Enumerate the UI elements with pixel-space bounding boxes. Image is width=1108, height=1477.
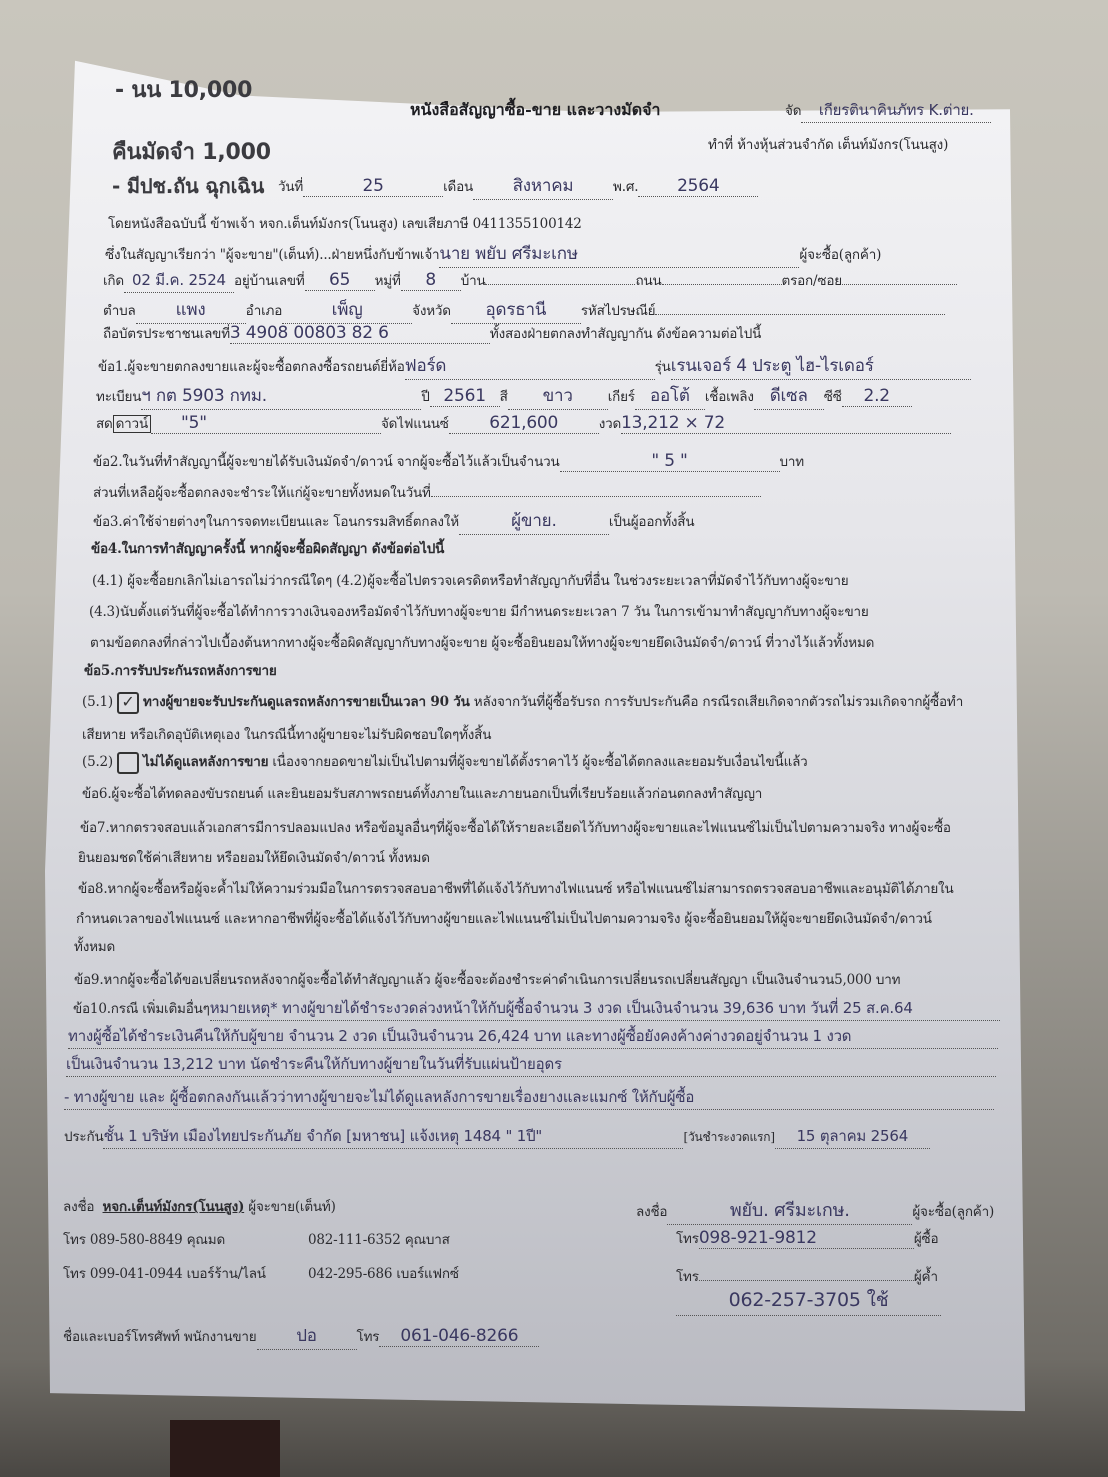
checkbox-5-1[interactable]: ✓: [117, 692, 139, 714]
first-payment-value: 15 ตุลาคม 2564: [775, 1124, 930, 1149]
house-label: อยู่บ้านเลขที่: [234, 273, 305, 289]
salesperson-phone-label: โทร: [357, 1329, 380, 1345]
clause5-2-bold: ไม่ได้ดูแลหลังการขาย: [143, 754, 268, 770]
insurance-label: ประกัน: [64, 1129, 103, 1145]
vehicle-year-value: 2561: [430, 386, 500, 407]
salesperson-label: ชื่อและเบอร์โทรศัพท์ พนักงานขาย: [63, 1329, 257, 1345]
extra-phone-row: 062-257-3705 ใช้: [676, 1285, 941, 1316]
contact-phone-2: 082-111-6352 คุณบาส: [308, 1232, 450, 1248]
address-row: เกิด02 มี.ค. 2524อยู่บ้านเลขที่65หมู่ที่…: [103, 266, 957, 293]
contact-row-2: โทร 099-041-0944 เบอร์ร้าน/ไลน์042-295-6…: [63, 1262, 459, 1284]
gear-label: เกียร์: [608, 389, 635, 405]
clause4-heading: ข้อ4.ในการทำสัญญาครั้งนี้ หากผู้จะซื้อผิ…: [91, 537, 444, 559]
plate-label: ทะเบียน: [96, 389, 141, 405]
clause5-heading: ข้อ5.การรับประกันรถหลังการขาย: [84, 659, 277, 681]
id-row: ถือบัตรประชาชนเลขที่3 4908 00803 82 6ทั้…: [103, 322, 761, 344]
clause7b: ยินยอมชดใช้ค่าเสียหาย หรือยอมให้ยึดเงินม…: [78, 846, 430, 868]
seller-text: ซึ่งในสัญญาเรียกว่า "ผู้จะขาย"(เต็นท์)..…: [105, 247, 439, 263]
cc-label: ซีซี: [824, 389, 842, 405]
contact-row-1: โทร 089-580-8849 คุณมด082-111-6352 คุณบา…: [63, 1228, 450, 1250]
moo-label: หมู่ที่: [375, 273, 401, 289]
province-value: อุดรธานี: [451, 296, 581, 324]
village-value: [485, 266, 635, 285]
district-value: เพ็ญ: [282, 296, 412, 324]
clause10-row: ข้อ10.กรณี เพิ่มเติมอื่นๆหมายเหตุ* ทางผู…: [73, 996, 1000, 1021]
gear-value: ออโต้: [635, 382, 705, 410]
insurance-row: ประกันชั้น 1 บริษัท เมืองไทยประกันภัย จำ…: [64, 1124, 930, 1149]
clause7a: ข้อ7.หากตรวจสอบแล้วเอกสารมีการปลอมแปลง ห…: [80, 816, 951, 838]
first-payment-label: [วันชำระงวดแรก]: [683, 1130, 774, 1144]
clause2b-row: ส่วนที่เหลือผู้จะซื้อตกลงจะชำระให้แก่ผู้…: [93, 478, 761, 503]
clause2-text: ข้อ2.ในวันที่ทำสัญญานี้ผู้จะขายได้รับเงิ…: [93, 454, 560, 470]
clause1-row: ข้อ1.ผู้จะขายตกลงขายและผู้จะซื้อตกลงซื้อ…: [98, 352, 971, 380]
clause2-row: ข้อ2.ในวันที่ทำสัญญานี้ผู้จะขายได้รับเงิ…: [93, 450, 804, 472]
checkbox-5-2[interactable]: [117, 752, 139, 774]
clause3-end: เป็นผู้ออกทั้งสิ้น: [609, 514, 694, 530]
finance-company-field: จัดเกียรตินาคินภัทร K.ต่าย.: [785, 98, 991, 123]
extra-phone: 062-257-3705 ใช้: [676, 1285, 941, 1316]
guarantor-phone-label: โทร: [676, 1269, 699, 1285]
baht-unit: บาท: [780, 454, 804, 470]
margin-note-1: - นน 10,000: [115, 72, 252, 107]
buyer-phone-label: โทร: [676, 1231, 699, 1247]
seller-sign-row: ลงชื่อ หจก.เต็นท์มังกร(โนนสูง) ผู้จะขาย(…: [63, 1195, 336, 1217]
clause1-label: ข้อ1.ผู้จะขายตกลงขายและผู้จะซื้อตกลงซื้อ…: [98, 359, 405, 375]
salesperson-phone: 061-046-8266: [379, 1326, 539, 1347]
month-label: เดือน: [443, 179, 473, 195]
clause8a: ข้อ8.หากผู้จะซื้อหรือผู้จะค้ำไม่ให้ความร…: [78, 877, 953, 899]
down-boxed-label: ดาวน์: [113, 415, 151, 433]
color-value: ขาว: [508, 382, 608, 410]
finance-amount-label: จัดไฟแนนซ์: [381, 416, 449, 432]
clause9: ข้อ9.หากผู้จะซื้อได้ขอเปลี่ยนรถหลังจากผู…: [74, 968, 900, 990]
birth-value: 02 มี.ค. 2524: [124, 268, 234, 293]
clause10-line-3-row: เป็นเงินจำนวน 13,212 บาท นัดชำระคืนให้กั…: [66, 1052, 996, 1077]
clause3-value: ผู้ขาย.: [459, 507, 609, 535]
remaining-date: [431, 478, 761, 497]
seller-role: ผู้จะขาย(เต็นท์): [248, 1199, 335, 1215]
clause10-label: ข้อ10.กรณี เพิ่มเติมอื่นๆ: [73, 1001, 210, 1017]
fuel-value: ดีเซล: [754, 382, 824, 410]
insurance-value: ชั้น 1 บริษัท เมืองไทยประกันภัย จำกัด [ม…: [103, 1124, 683, 1149]
buyer-row: ซึ่งในสัญญาเรียกว่า "ผู้จะขาย"(เต็นท์)..…: [105, 240, 881, 268]
clause10-line-1: หมายเหตุ* ทางผู้ขายได้ชำระงวดล่วงหน้าให้…: [210, 996, 1000, 1021]
installment-label: งวด: [599, 416, 621, 432]
plate-value: ฯ กต 5903 กทม.: [141, 382, 421, 410]
road-value: [662, 266, 782, 285]
clause5-1-bold: ทางผู้ขายจะรับประกันดูแลรถหลังการขายเป็น…: [143, 694, 470, 710]
clause2b-text: ส่วนที่เหลือผู้จะซื้อตกลงจะชำระให้แก่ผู้…: [93, 485, 431, 501]
village-label: บ้าน: [461, 273, 486, 289]
seller-name: หจก.เต็นท์มังกร(โนนสูง): [103, 1199, 245, 1215]
clause10-line-2: ทางผู้ซื้อได้ชำระเงินคืนให้กับผู้ขาย จำน…: [68, 1024, 998, 1049]
margin-note-3: - มีปช.ถัน ฉุกเฉิน: [112, 170, 264, 202]
district-label: อำเภอ: [246, 303, 283, 319]
clause4-4: ตามข้อตกลงที่กล่าวไปเบื้องต้นหากทางผู้จะ…: [90, 631, 874, 653]
day-label: วันที่: [278, 179, 303, 195]
clause10-line-4: - ทางผู้ขาย และ ผู้ซื้อตกลงกันแล้วว่าทาง…: [64, 1085, 994, 1110]
clause10-line-4-row: - ทางผู้ขาย และ ผู้ซื้อตกลงกันแล้วว่าทาง…: [64, 1085, 994, 1110]
buyer-phone: 098-921-9812: [699, 1228, 914, 1249]
deposit-amount: " 5 ": [560, 451, 780, 472]
id-label: ถือบัตรประชาชนเลขที่: [103, 326, 230, 342]
clause4-3: (4.3)นับตั้งแต่วันที่ผู้จะซื้อได้ทำการวา…: [89, 600, 869, 622]
postal-value: [655, 296, 945, 315]
document-title: หนังสือสัญญาซื้อ-ขาย และวางมัดจำ: [410, 98, 660, 123]
clause5-2-number: (5.2): [82, 754, 113, 770]
contact-phone-4: 042-295-686 เบอร์แฟกซ์: [308, 1266, 459, 1282]
buyer-name: นาย พยับ ศรีมะเกษ: [439, 240, 799, 268]
guarantor-phone: [699, 1262, 914, 1281]
contact-phone-3: โทร 099-041-0944 เบอร์ร้าน/ไลน์: [63, 1262, 308, 1284]
clause6: ข้อ6.ผู้จะซื้อได้ทดลองขับรถยนต์ และยินยอ…: [82, 782, 762, 804]
birth-label: เกิด: [103, 273, 124, 289]
finance-company-label: จัด: [785, 103, 801, 119]
cash-label: สด: [96, 416, 113, 432]
plate-row: ทะเบียนฯ กต 5903 กทม.ปี2561สีขาวเกียร์ออ…: [96, 382, 912, 410]
finance-company-value: เกียรตินาคินภัทร K.ต่าย.: [801, 98, 991, 123]
day-value: 25: [303, 176, 443, 197]
model-label: รุ่น: [655, 359, 671, 375]
payment-row: สดดาวน์"5"จัดไฟแนนซ์621,600งวด13,212 × 7…: [96, 412, 951, 434]
year-value: 2564: [638, 176, 758, 197]
location-row: ตำบลแพงอำเภอเพ็ญจังหวัดอุดรธานีรหัสไปรษณ…: [103, 296, 945, 324]
house-value: 65: [305, 270, 375, 291]
subdistrict-value: แพง: [136, 296, 246, 324]
clause10-line-2-row: ทางผู้ซื้อได้ชำระเงินคืนให้กับผู้ขาย จำน…: [68, 1024, 998, 1049]
buyer-signature: พยับ. ศรีมะเกษ.: [667, 1195, 912, 1225]
buyer-phone-role: ผู้ซื้อ: [914, 1231, 939, 1247]
buyer-label: ผู้จะซื้อ(ลูกค้า): [799, 247, 881, 263]
buyer-sign-row: ลงชื่อพยับ. ศรีมะเกษ.ผู้จะซื้อ(ลูกค้า): [636, 1195, 994, 1225]
subdistrict-label: ตำบล: [103, 303, 136, 319]
model-value: เรนเจอร์ 4 ประตู ไฮ-ไรเดอร์: [671, 352, 971, 380]
salesperson-row: ชื่อและเบอร์โทรศัพท์ พนักงานขายปอโทร061-…: [63, 1322, 539, 1350]
province-label: จังหวัด: [412, 303, 451, 319]
guarantor-role: ผู้ค้ำ: [914, 1269, 938, 1285]
buyer-phone-row: โทร098-921-9812ผู้ซื้อ: [676, 1227, 938, 1249]
clause5-2-text: เนื่องจากยอดขายไม่เป็นไปตามที่ผู้จะขายได…: [268, 754, 807, 770]
clause4-1: (4.1) ผู้จะซื้อยกเลิกไม่เอารถไม่ว่ากรณีใ…: [92, 569, 848, 591]
color-label: สี: [500, 389, 508, 405]
finance-amount-value: 621,600: [449, 413, 599, 434]
buyer-sign-label: ลงชื่อ: [636, 1204, 667, 1220]
alley-label: ตรอก/ซอย: [782, 273, 842, 289]
margin-note-2: คืนมัดจำ 1,000: [112, 134, 271, 169]
clause5-2-row: (5.2)ไม่ได้ดูแลหลังการขาย เนื่องจากยอดขา…: [82, 750, 808, 774]
clause10-line-3: เป็นเงินจำนวน 13,212 บาท นัดชำระคืนให้กั…: [66, 1052, 996, 1077]
buyer-role: ผู้จะซื้อ(ลูกค้า): [912, 1204, 994, 1220]
intro-text: โดยหนังสือฉบับนี้ ข้าพเจ้า หจก.เต็นท์มัง…: [108, 212, 582, 234]
vehicle-year-label: ปี: [421, 389, 429, 405]
clause8c: ทั้งหมด: [74, 935, 115, 957]
guarantor-phone-row: โทรผู้ค้ำ: [676, 1262, 938, 1287]
id-value: 3 4908 00803 82 6: [230, 323, 490, 344]
clause5-1-row: (5.1)✓ทางผู้ขายจะรับประกันดูแลรถหลังการข…: [82, 690, 963, 714]
postal-label: รหัสไปรษณีย์: [581, 303, 656, 319]
seller-sign-label: ลงชื่อ: [63, 1199, 94, 1215]
clause3-row: ข้อ3.ค่าใช้จ่ายต่างๆในการจดทะเบียนและ โอ…: [93, 507, 694, 535]
background-floor: [170, 1420, 280, 1477]
alley-value: [842, 266, 957, 285]
agree-text: ทั้งสองฝ่ายตกลงทำสัญญากัน ดังข้อความต่อไ…: [490, 326, 761, 342]
salesperson-name: ปอ: [257, 1322, 357, 1350]
down-value: "5": [151, 413, 381, 434]
installment-value: 13,212 × 72: [621, 413, 951, 434]
place-text: ทำที่ ห้างหุ้นส่วนจำกัด เต็นท์มังกร(โนนส…: [708, 133, 948, 155]
moo-value: 8: [401, 270, 461, 291]
fuel-label: เชื้อเพลิง: [705, 389, 754, 405]
year-label: พ.ศ.: [613, 179, 638, 195]
clause8b: กำหนดเวลาของไฟแนนซ์ และหากอาชีพที่ผู้จะซ…: [76, 907, 932, 929]
cc-value: 2.2: [842, 386, 912, 407]
clause3-text: ข้อ3.ค่าใช้จ่ายต่างๆในการจดทะเบียนและ โอ…: [93, 514, 459, 530]
date-row: วันที่25เดือนสิงหาคมพ.ศ.2564: [278, 172, 758, 200]
clause5-1-text: หลังจากวันที่ผู้ซื้อรับรถ การรับประกันคื…: [470, 694, 964, 710]
clause5-1-number: (5.1): [82, 694, 113, 710]
road-label: ถนน: [635, 273, 661, 289]
month-value: สิงหาคม: [473, 172, 613, 200]
clause5-1-cont: เสียหาย หรือเกิดอุบัติเหตุเอง ในกรณีนี้ท…: [82, 723, 491, 745]
brand-value: ฟอร์ด: [405, 352, 655, 380]
contact-phone-1: โทร 089-580-8849 คุณมด: [63, 1228, 308, 1250]
